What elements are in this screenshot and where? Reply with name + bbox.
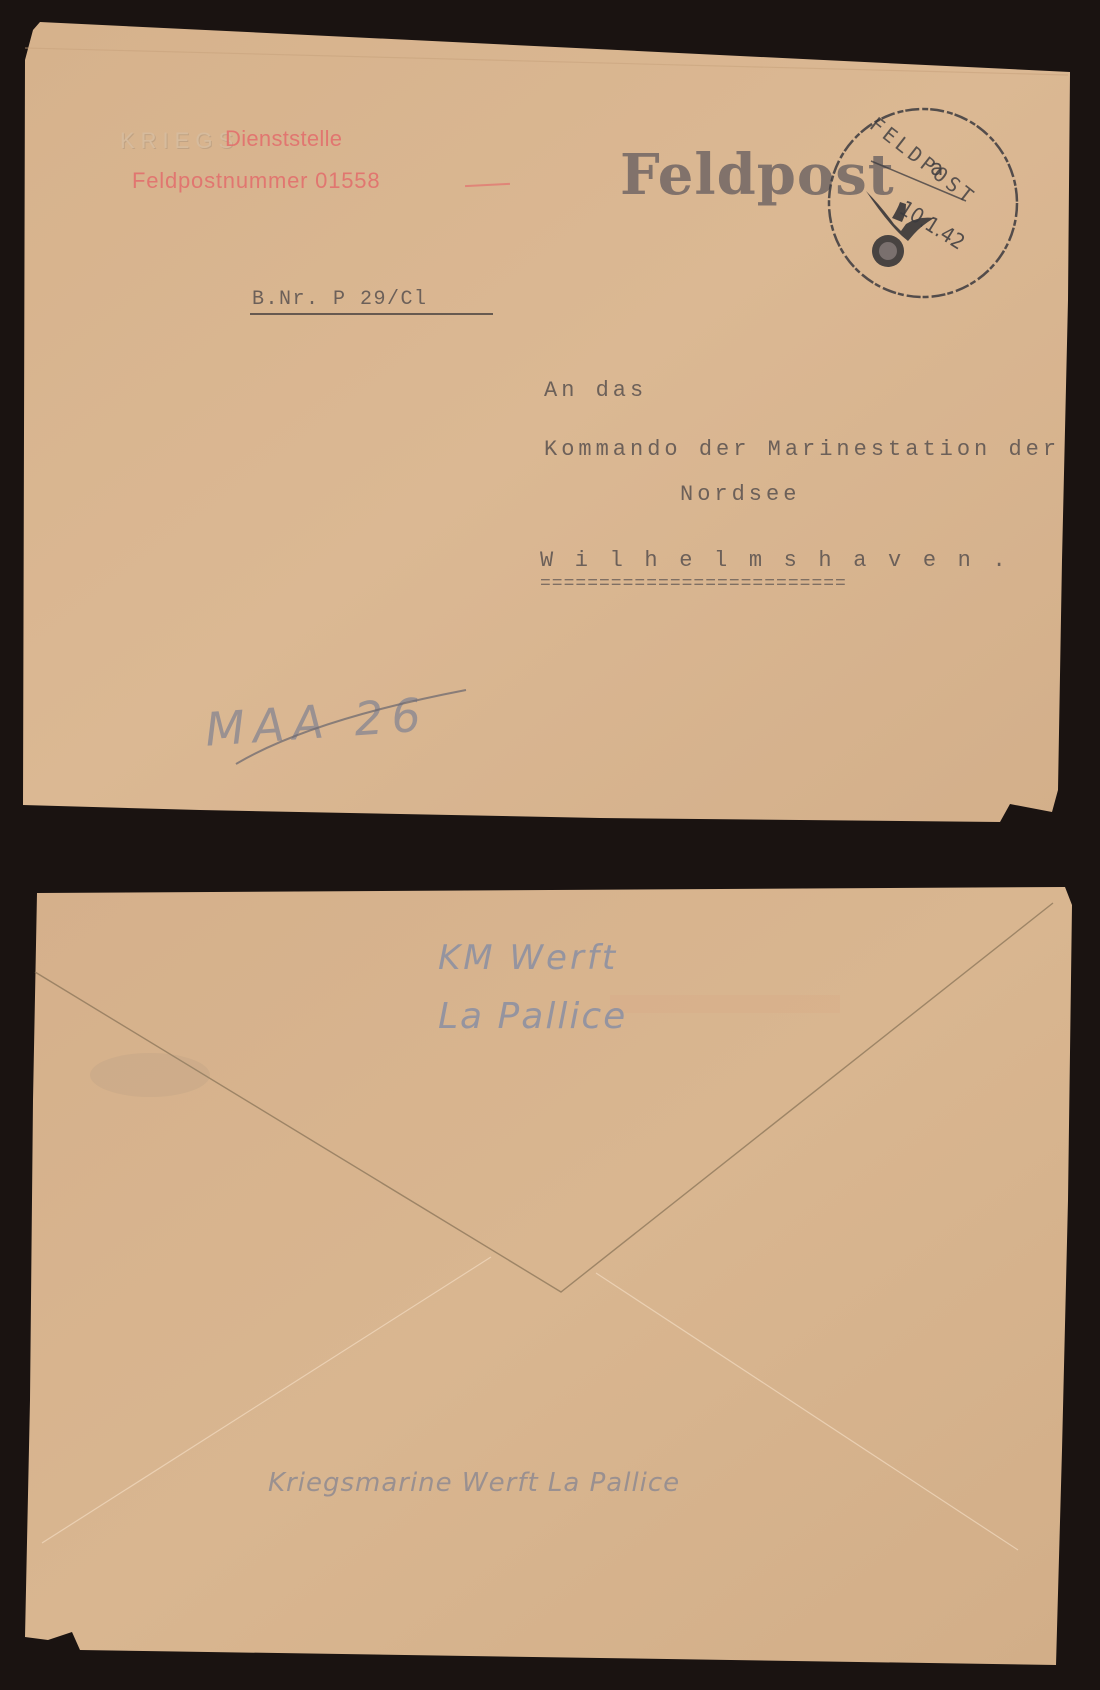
pencil-note-back-bottom: Kriegsmarine Werft La Pallice bbox=[268, 1468, 680, 1498]
embossed-text: KRIEGS bbox=[120, 128, 239, 154]
address-line1: An das bbox=[544, 378, 647, 403]
address-line3: Nordsee bbox=[680, 482, 800, 507]
sender-stamp-line2: Feldpostnummer 01558 bbox=[132, 168, 380, 194]
address-city: W i l h e l m s h a v e n . bbox=[540, 548, 1010, 573]
pencil-note-back-line2: La Pallice bbox=[438, 996, 627, 1037]
postmark: FELDPOST a 10.1.42 bbox=[826, 106, 1020, 300]
address-line2: Kommando der Marinestation der bbox=[544, 437, 1060, 462]
pencil-strike-line bbox=[230, 680, 470, 770]
reference-underline bbox=[250, 313, 493, 315]
postmark-circle-icon bbox=[826, 106, 1020, 300]
pencil-note-back-line1: KM Werft bbox=[438, 938, 618, 978]
sender-stamp-line1: Dienststelle bbox=[225, 126, 342, 152]
postmark-letter: a bbox=[930, 156, 943, 181]
reference-number: B.Nr. P 29/Cl bbox=[252, 288, 428, 311]
address-city-underline: ========================== bbox=[540, 574, 847, 594]
